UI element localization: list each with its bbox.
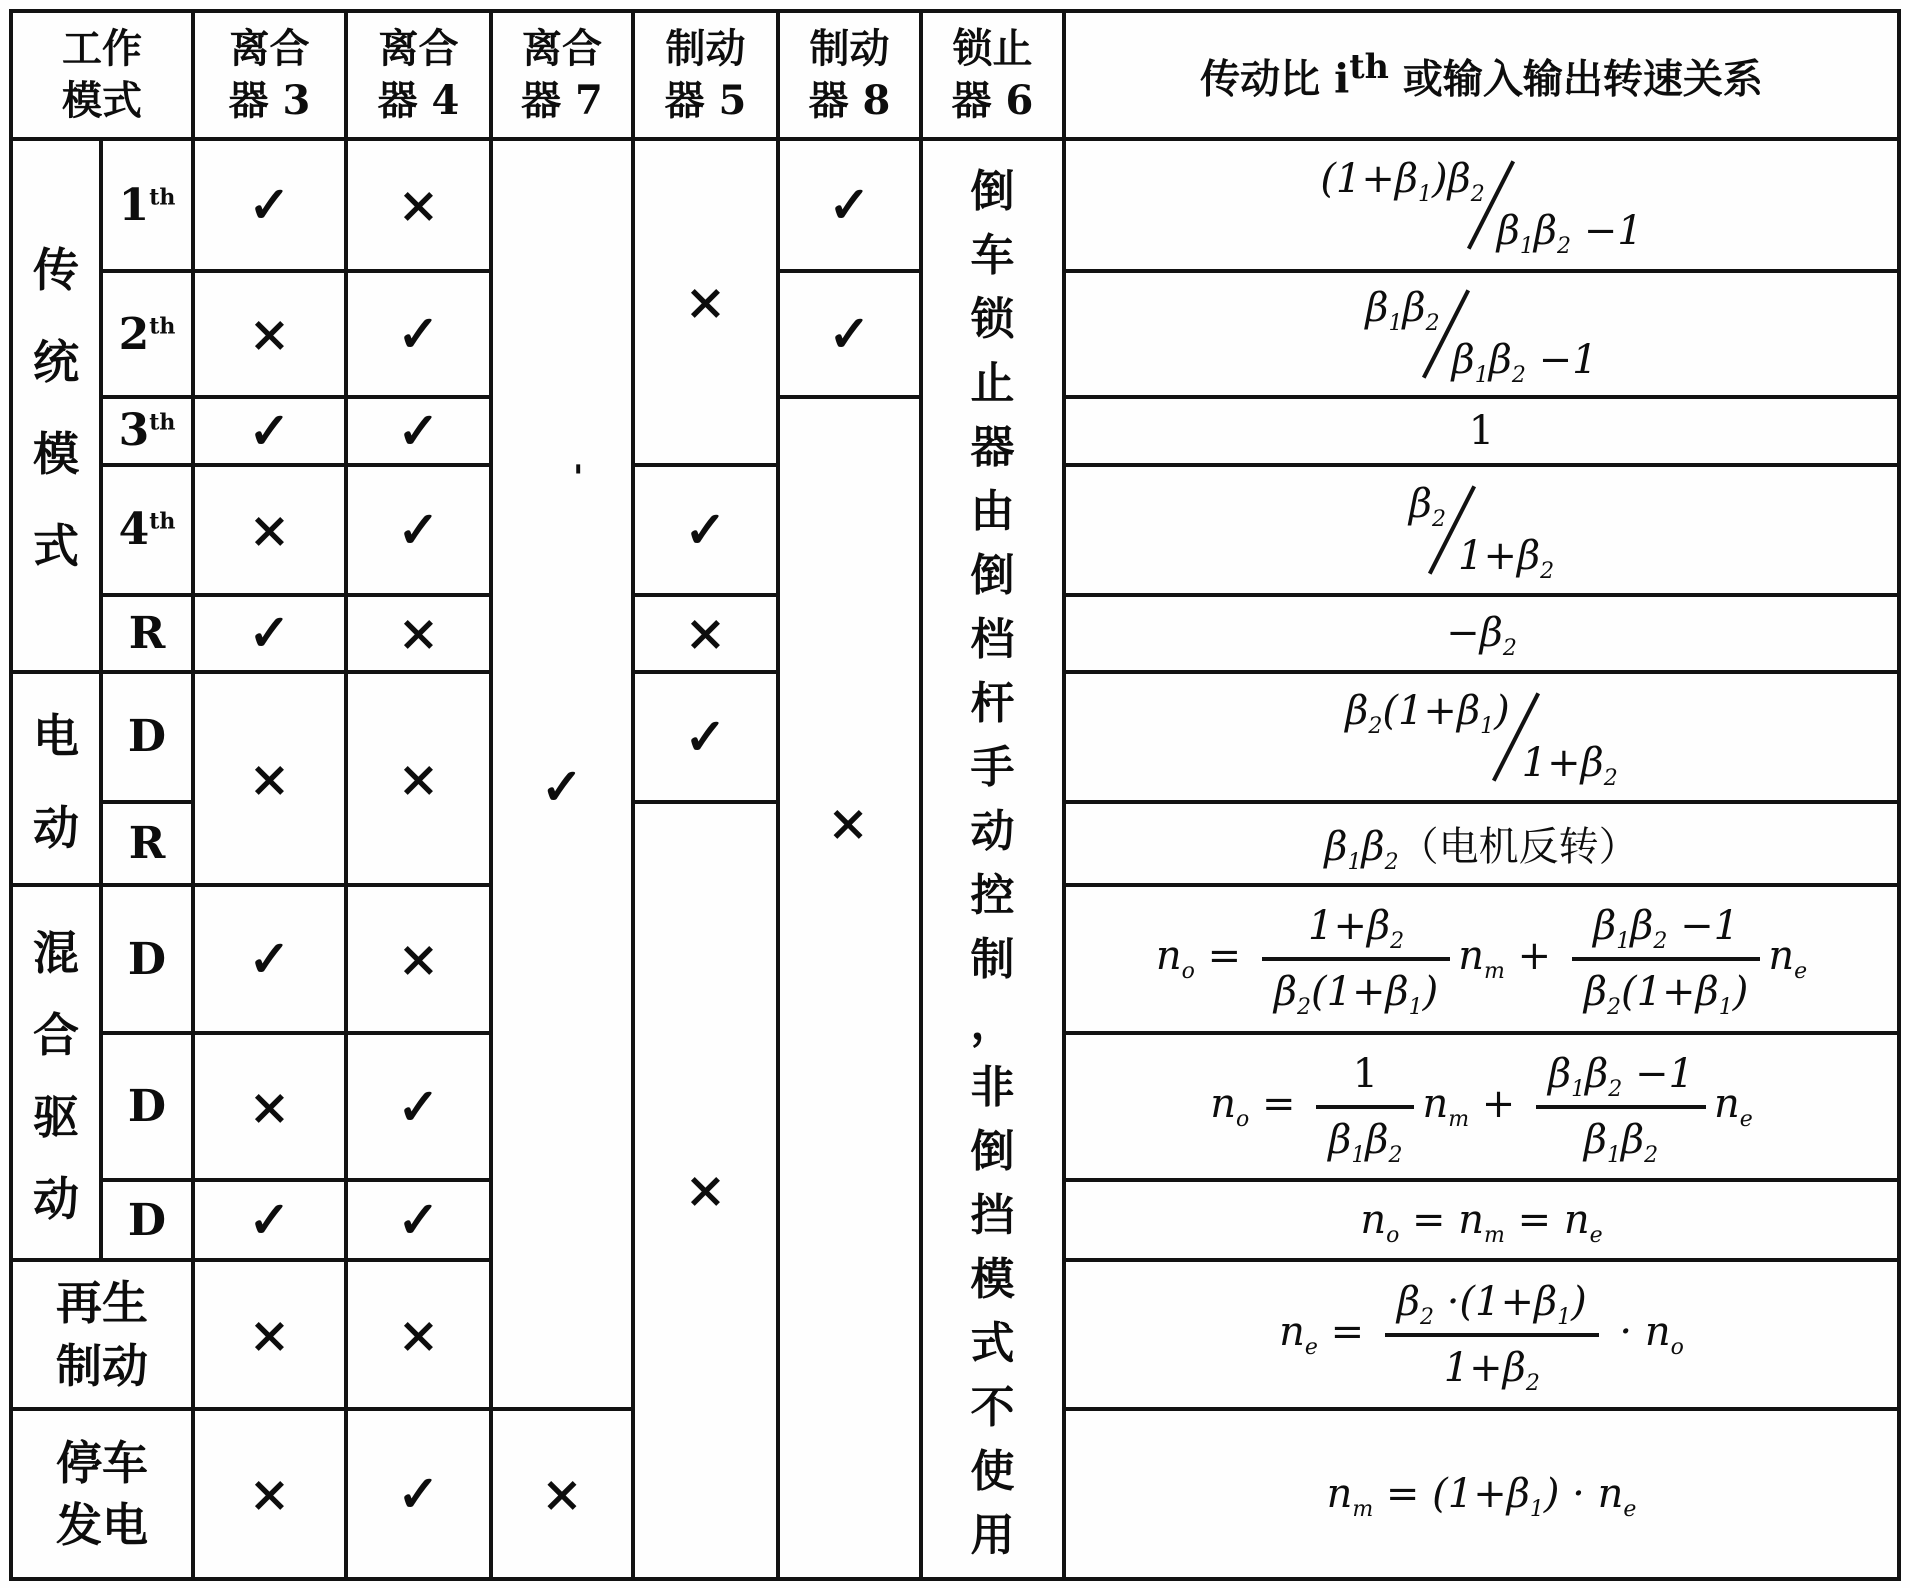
formula-2th: β1β2β1β2 −1 bbox=[1064, 271, 1899, 397]
header-working-mode: 工作 模式 bbox=[11, 11, 193, 139]
cell-b5-elecD: ✓ bbox=[633, 672, 778, 802]
cell-b5-4th: ✓ bbox=[633, 465, 778, 595]
gear-hyb-D1: D bbox=[101, 885, 193, 1033]
gear-hyb-D3: D bbox=[101, 1180, 193, 1260]
formula-regen: ne = β2 ·(1+β1)1+β2 · no bbox=[1064, 1260, 1899, 1409]
cell-b8-2th: ✓ bbox=[778, 271, 921, 397]
header-clutch7: 离合 器 7 bbox=[491, 11, 633, 139]
patent-table-page: 工作 模式 离合 器 3 离合 器 4 离合 器 7 制动 器 5 制动 器 8… bbox=[0, 0, 1910, 1588]
header-ratio-text: 传动比 i bbox=[1200, 55, 1349, 102]
formula-parking: nm = (1+β1) · ne bbox=[1064, 1409, 1899, 1579]
cell-c3-regen: × bbox=[193, 1260, 346, 1409]
cell-c3-hybD1: ✓ bbox=[193, 885, 346, 1033]
cell-b8-1th: ✓ bbox=[778, 139, 921, 271]
header-row: 工作 模式 离合 器 3 离合 器 4 离合 器 7 制动 器 5 制动 器 8… bbox=[11, 11, 1899, 139]
cell-c4-1th: × bbox=[346, 139, 491, 271]
cell-c4-elec: × bbox=[346, 672, 491, 886]
cell-c4-hybD3: ✓ bbox=[346, 1180, 491, 1260]
group-hybrid-label: 混合驱动 bbox=[13, 887, 99, 1258]
formula-hyb-D3: no = nm = ne bbox=[1064, 1180, 1899, 1260]
gear-trad-R: R bbox=[101, 595, 193, 672]
cell-c4-hybD2: ✓ bbox=[346, 1033, 491, 1180]
cell-c4-regen: × bbox=[346, 1260, 491, 1409]
header-ratio-suffix: 或输入输出转速关系 bbox=[1389, 55, 1763, 102]
formula-trad-R: −β2 bbox=[1064, 595, 1899, 672]
stray-mark: ' bbox=[573, 458, 583, 498]
transmission-mode-table: 工作 模式 离合 器 3 离合 器 4 离合 器 7 制动 器 5 制动 器 8… bbox=[9, 9, 1901, 1581]
formula-elec-R: β1β2（电机反转） bbox=[1064, 802, 1899, 886]
cell-b5-1to3: × bbox=[633, 139, 778, 465]
header-clutch3: 离合 器 3 bbox=[193, 11, 346, 139]
cell-c3-parking: × bbox=[193, 1409, 346, 1579]
cell-c3-hybD2: × bbox=[193, 1033, 346, 1180]
formula-elec-D: β2(1+β1)1+β2 bbox=[1064, 672, 1899, 802]
group-parking: 停车 发电 bbox=[11, 1409, 193, 1579]
cell-c7-merged: ' ✓ bbox=[491, 139, 633, 1409]
cell-c3-2th: × bbox=[193, 271, 346, 397]
cell-b5-tradR: × bbox=[633, 595, 778, 672]
cell-c3-tradR: ✓ bbox=[193, 595, 346, 672]
group-hybrid: 混合驱动 bbox=[11, 885, 101, 1260]
header-ratio: 传动比 ith 或输入输出转速关系 bbox=[1064, 11, 1899, 139]
lock6-note-text: 倒车锁止器由倒档杆手动控制，非倒挡模式不使用 bbox=[923, 141, 1062, 1577]
cell-c4-2th: ✓ bbox=[346, 271, 491, 397]
gear-hyb-D2: D bbox=[101, 1033, 193, 1180]
group-electric-label: 电动 bbox=[13, 674, 99, 884]
gear-elec-D: D bbox=[101, 672, 193, 802]
row-1th: 传统模式 1th ✓ × ' ✓ × ✓ 倒车锁止器由倒档杆手动控制，非倒挡模式… bbox=[11, 139, 1899, 271]
gear-4th: 4th bbox=[101, 465, 193, 595]
group-traditional-label: 传统模式 bbox=[13, 141, 99, 670]
formula-4th: β21+β2 bbox=[1064, 465, 1899, 595]
cell-c4-4th: ✓ bbox=[346, 465, 491, 595]
formula-3th: 1 bbox=[1064, 397, 1899, 465]
formula-hyb-D2: no = 1β1β2nm + β1β2 −1β1β2ne bbox=[1064, 1033, 1899, 1180]
cell-c3-hybD3: ✓ bbox=[193, 1180, 346, 1260]
header-clutch4: 离合 器 4 bbox=[346, 11, 491, 139]
cell-c3-1th: ✓ bbox=[193, 139, 346, 271]
cell-c7-check: ✓ bbox=[541, 762, 583, 812]
header-lock6: 锁止 器 6 bbox=[921, 11, 1064, 139]
gear-2th: 2th bbox=[101, 271, 193, 397]
cell-c4-hybD1: × bbox=[346, 885, 491, 1033]
cell-c3-3th: ✓ bbox=[193, 397, 346, 465]
group-regen: 再生 制动 bbox=[11, 1260, 193, 1409]
group-traditional: 传统模式 bbox=[11, 139, 101, 672]
header-ratio-sup: th bbox=[1349, 47, 1389, 86]
cell-c3-elec: × bbox=[193, 672, 346, 886]
formula-1th: (1+β1)β2β1β2 −1 bbox=[1064, 139, 1899, 271]
cell-c3-4th: × bbox=[193, 465, 346, 595]
cell-c4-tradR: × bbox=[346, 595, 491, 672]
cell-b5-merged: × bbox=[633, 802, 778, 1580]
cell-c7-parking: × bbox=[491, 1409, 633, 1579]
header-brake8: 制动 器 8 bbox=[778, 11, 921, 139]
group-electric: 电动 bbox=[11, 672, 101, 886]
cell-c4-parking: ✓ bbox=[346, 1409, 491, 1579]
cell-lock6-note: 倒车锁止器由倒档杆手动控制，非倒挡模式不使用 bbox=[921, 139, 1064, 1579]
cell-b8-cross: × bbox=[827, 798, 869, 848]
header-brake5: 制动 器 5 bbox=[633, 11, 778, 139]
gear-elec-R: R bbox=[101, 802, 193, 886]
formula-hyb-D1: no = 1+β2β2(1+β1)nm + β1β2 −1β2(1+β1)ne bbox=[1064, 885, 1899, 1033]
cell-b8-merged: × bbox=[778, 397, 921, 1579]
cell-c4-3th: ✓ bbox=[346, 397, 491, 465]
gear-1th: 1th bbox=[101, 139, 193, 271]
gear-3th: 3th bbox=[101, 397, 193, 465]
